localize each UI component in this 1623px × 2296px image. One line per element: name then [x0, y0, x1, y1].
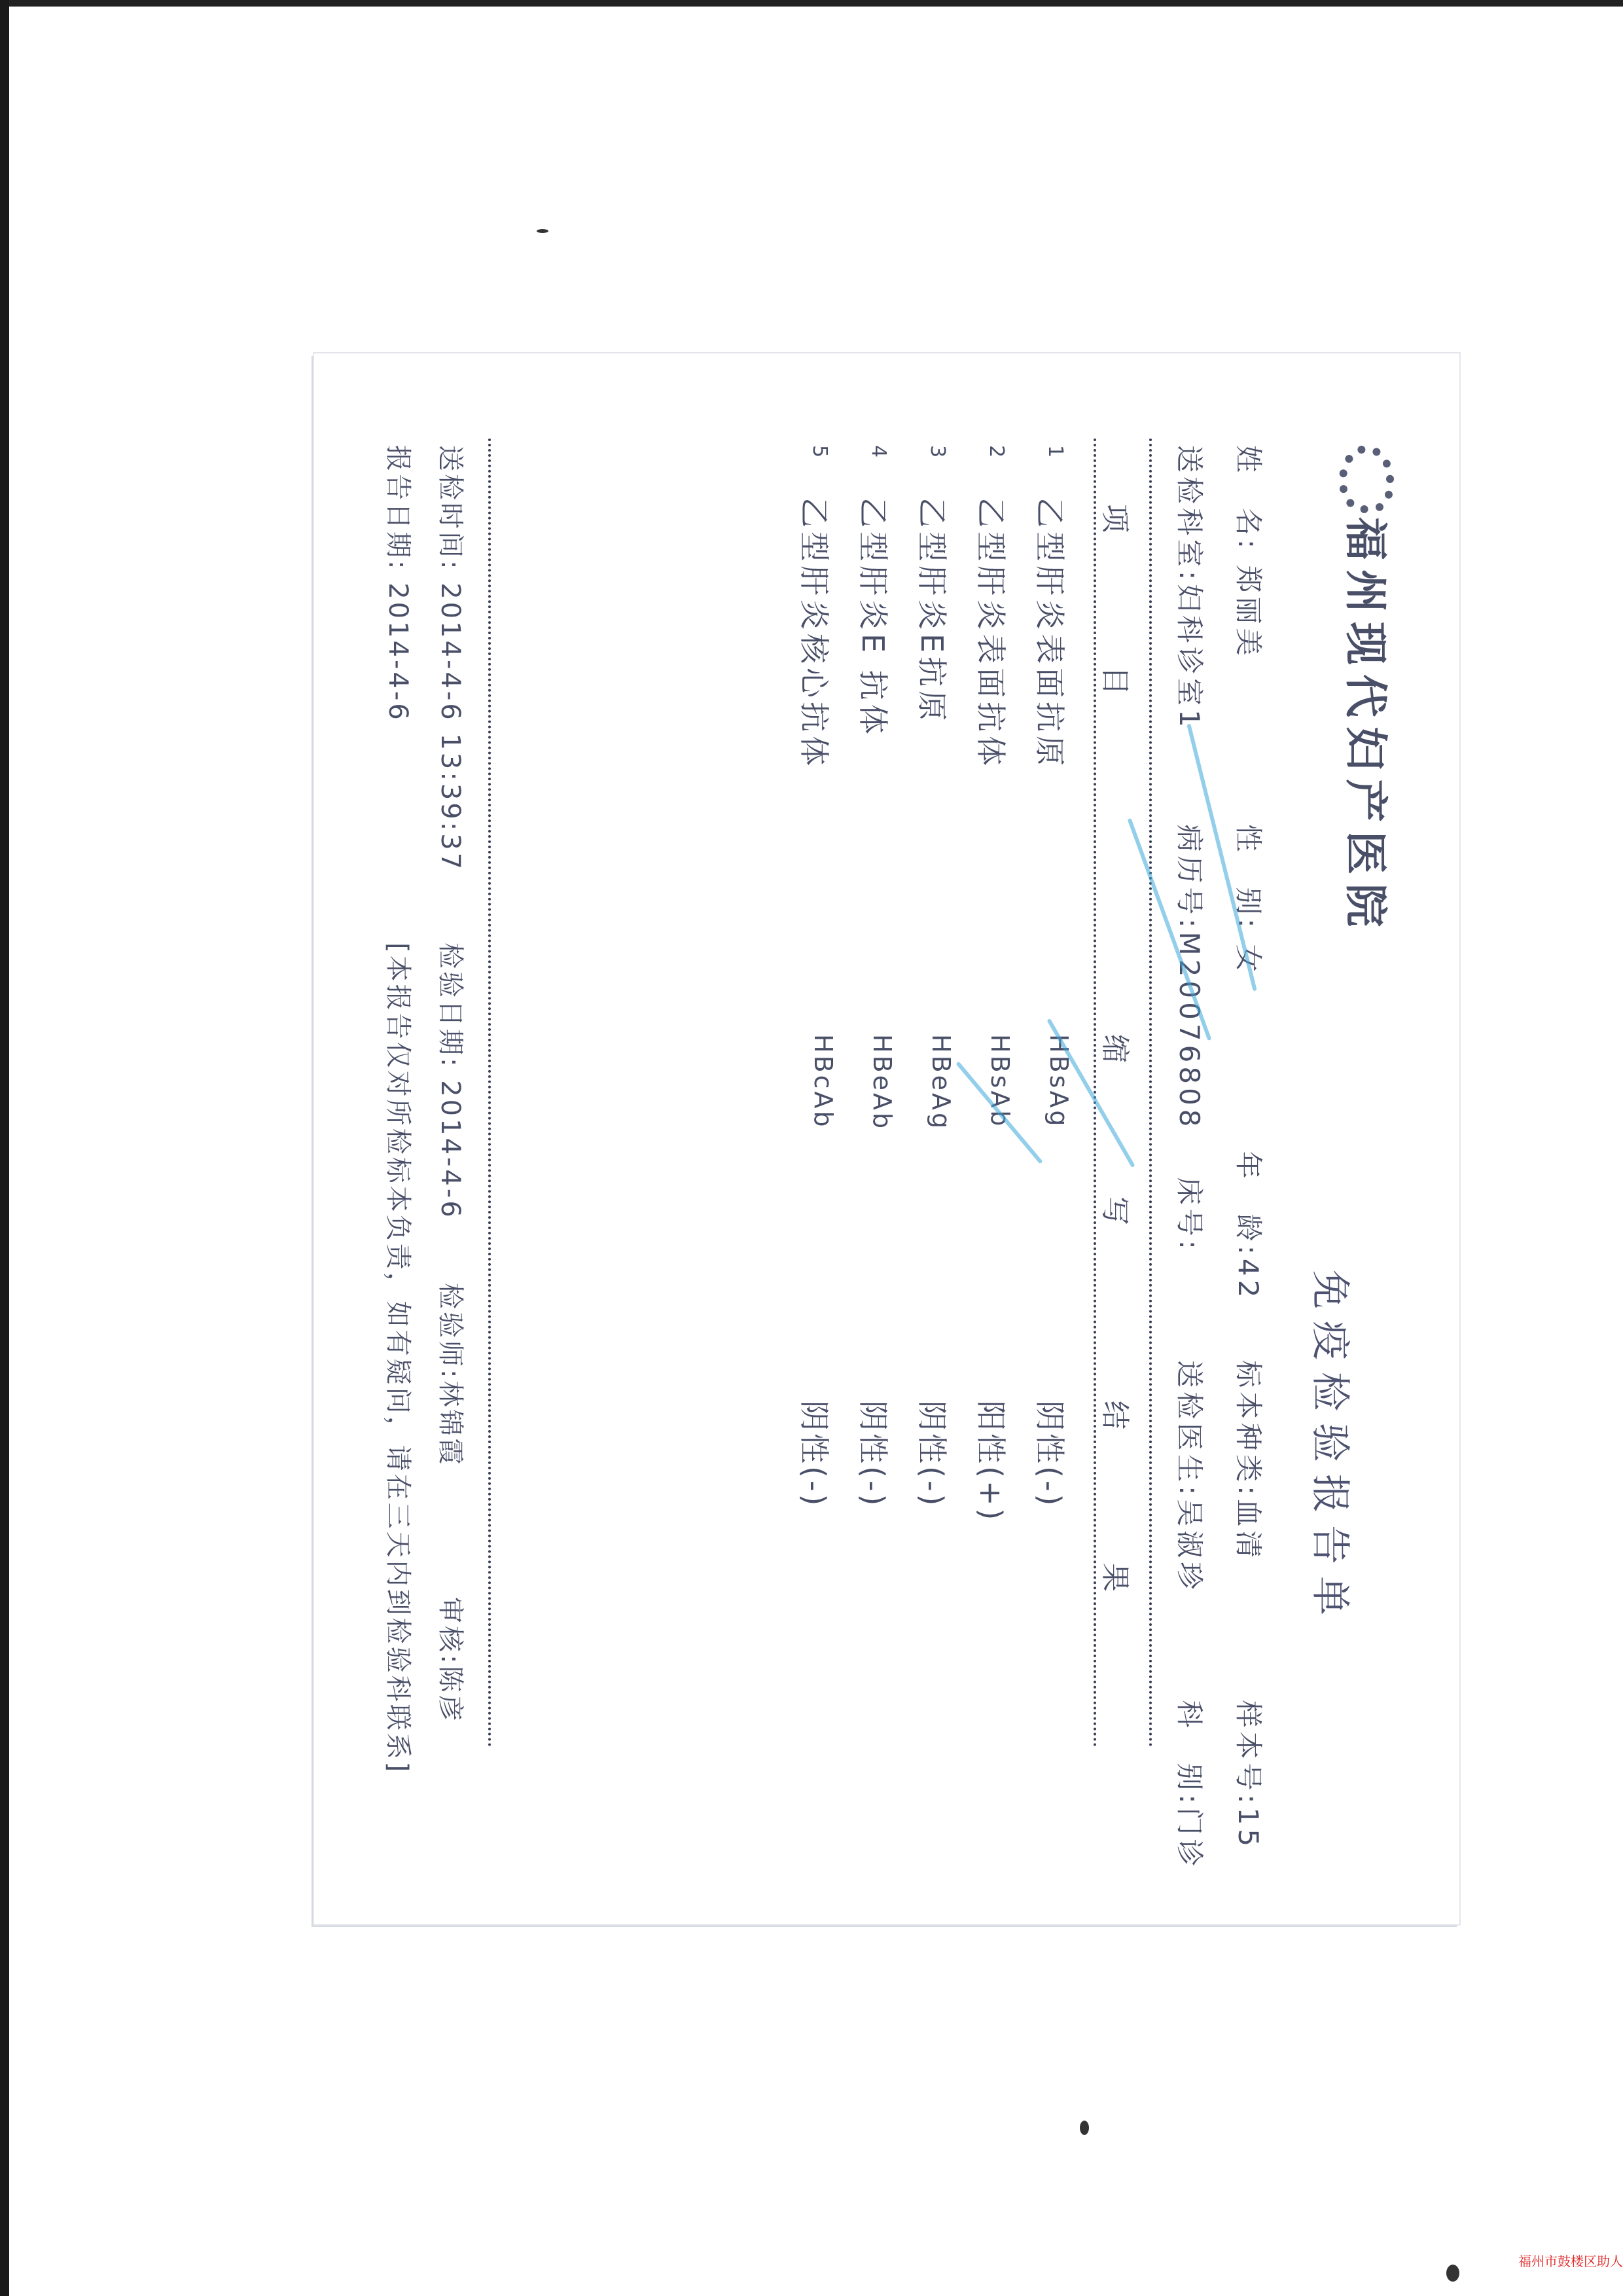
- patient-name: 郑丽美: [1230, 565, 1270, 660]
- disclaimer: [本报告仅对所检标本负责，如有疑问，请在三天内到检验科联系]: [382, 942, 419, 1774]
- cell-no: 2: [985, 445, 1008, 457]
- patient-age: 42: [1232, 1259, 1264, 1301]
- sample-no-field: 样本号:15: [1230, 1700, 1270, 1850]
- cell-item: 乙型肝炎E抗原: [912, 497, 955, 725]
- submit-time-field: 送检时间: 2014-4-6 13:39:37: [434, 445, 471, 872]
- reviewer-field: 审核:陈彦: [434, 1597, 471, 1723]
- table-row: 4乙型肝炎E 抗体HBeAb阴性(-): [844, 445, 897, 1689]
- specimen-type: 血清: [1230, 1499, 1270, 1562]
- sample-no: 15: [1232, 1808, 1264, 1850]
- lab-report-slip: 福州现代妇产医院 免疫检验报告单 姓 名: 郑丽美 性 别: 女 年 龄:42 …: [314, 353, 1459, 1924]
- patient-info-row-2: 送检科室:妇科诊室1 病历号:M20076808 床号: 送检医生:吴淑珍 科 …: [1171, 445, 1211, 1871]
- submit-time: 2014-4-6 13:39:37: [435, 583, 465, 872]
- report-date: 2014-4-6: [383, 583, 413, 723]
- watermark-text: 福州市鼓楼区助人: [1518, 2251, 1623, 2270]
- cell-item: 乙型肝炎表面抗原: [1030, 497, 1073, 770]
- table-row: 1乙型肝炎表面抗原HBsAg阴性(-): [1021, 445, 1073, 1689]
- cell-result: 阳性(+): [971, 1401, 1014, 1522]
- cell-abbr: HBsAg: [1044, 1034, 1073, 1129]
- cell-result: 阴性(-): [1030, 1401, 1073, 1509]
- cell-item: 乙型肝炎E 抗体: [853, 497, 897, 738]
- scan-speck: [1446, 2265, 1459, 2282]
- scan-speck: [1080, 2121, 1089, 2135]
- report-title: 免疫检验报告单: [1305, 1270, 1361, 1627]
- cell-abbr: HBeAb: [868, 1034, 897, 1131]
- dept: 妇科诊室1: [1171, 584, 1211, 731]
- category-field: 科 别:门诊: [1171, 1700, 1211, 1870]
- test-date-field: 检验日期: 2014-4-6: [434, 942, 471, 1220]
- header-item: 项 目: [1097, 504, 1139, 747]
- divider-top: [1149, 439, 1152, 1748]
- cell-result: 阴性(-): [912, 1401, 955, 1509]
- cell-abbr: HBcAb: [809, 1034, 838, 1130]
- report-date-field: 报告日期: 2014-4-6: [382, 445, 419, 723]
- doctor-field: 送检医生:吴淑珍: [1171, 1360, 1211, 1687]
- cell-item: 乙型肝炎核心抗体: [794, 497, 838, 770]
- dept-field: 送检科室:妇科诊室1: [1171, 445, 1211, 812]
- category: 门诊: [1171, 1808, 1211, 1871]
- patient-sex-field: 性 别: 女: [1230, 824, 1270, 1138]
- patient-name-field: 姓 名: 郑丽美: [1230, 445, 1270, 812]
- reviewer-name: 陈彦: [435, 1666, 465, 1723]
- test-date: 2014-4-6: [435, 1080, 465, 1220]
- scan-speck: [537, 229, 548, 233]
- cell-no: 1: [1044, 445, 1067, 457]
- record-no: M20076808: [1173, 932, 1205, 1131]
- hospital-logo-icon: [1339, 445, 1394, 513]
- header-result: 结 果: [1097, 1401, 1139, 1644]
- table-row: 5乙型肝炎核心抗体HBcAb阴性(-): [785, 445, 838, 1689]
- specimen-field: 标本种类:血清: [1230, 1360, 1270, 1687]
- patient-age-field: 年 龄:42: [1230, 1151, 1270, 1348]
- patient-info-row-1: 姓 名: 郑丽美 性 别: 女 年 龄:42 标本种类:血清 样本号:15: [1230, 445, 1270, 1850]
- cell-no: 4: [867, 445, 890, 457]
- scan-edge-top: [0, 0, 1623, 7]
- tester-field: 检验师:林锦霞: [434, 1283, 471, 1467]
- tester-name: 林锦霞: [435, 1380, 465, 1467]
- table-row: 2乙型肝炎表面抗体HBsAb阳性(+): [962, 445, 1014, 1689]
- cell-abbr: HBeAg: [927, 1034, 955, 1131]
- cell-result: 阴性(-): [794, 1401, 838, 1509]
- doctor-name: 吴淑珍: [1171, 1499, 1211, 1593]
- cell-item: 乙型肝炎表面抗体: [971, 497, 1014, 770]
- cell-no: 3: [926, 445, 949, 457]
- scan-edge-left: [0, 0, 9, 2296]
- cell-result: 阴性(-): [853, 1401, 897, 1509]
- header-abbr: 缩 写: [1097, 1034, 1139, 1278]
- bed-field: 床号:: [1171, 1177, 1211, 1348]
- divider-bottom: [488, 439, 491, 1748]
- table-row: 3乙型肝炎E抗原HBeAg阴性(-): [903, 445, 955, 1689]
- divider-header: [1094, 439, 1096, 1748]
- cell-no: 5: [808, 445, 831, 457]
- hospital-name: 福州现代妇产医院: [1338, 517, 1400, 936]
